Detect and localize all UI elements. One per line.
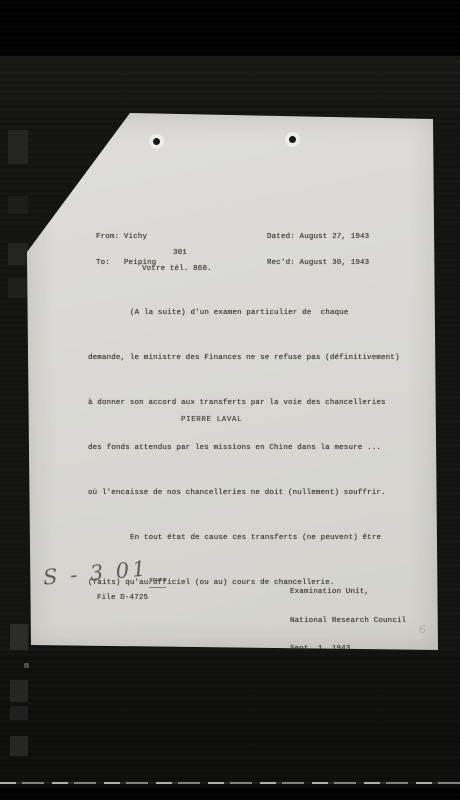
film-edge-mark [8,243,28,265]
dated-line: Dated: August 27, 1943 [267,233,369,242]
file-number: File D-4725 [97,591,148,606]
body-line: En tout état de cause ces transferts (ne… [88,531,418,546]
body-line: demande, le ministre des Finances ne se … [88,351,418,366]
signature: PIERRE LAVAL [181,413,242,428]
examination-unit-block: Examination Unit, National Research Coun… [290,569,406,674]
body-line: des fonds attendus par les missions en C… [88,441,418,456]
typed-insertion: cours [149,572,166,588]
received-line: Rec'd: August 30, 1943 [267,259,369,268]
reference-line: Votre tél. 860. [142,262,212,277]
punch-hole-left [149,134,164,149]
punch-hole-right [285,132,300,147]
dates-block: Dated: August 27, 1943 Rec'd: August 30,… [267,216,369,284]
message-number: 301 [173,246,187,261]
film-edge-mark [8,196,28,214]
exam-unit-line: National Research Council [290,617,406,627]
exam-unit-line: Sept. 1, 1943 [290,645,406,655]
film-edge-mark [8,278,28,298]
faint-corner-mark: 6 [418,623,427,637]
exam-unit-line: Examination Unit, [290,588,406,598]
body-line: (A la suite) d'un examen particulier de … [88,306,418,321]
microfilm-scan: From: Vichy To: Peiping Dated: August 27… [0,0,460,800]
film-edge-mark [10,624,28,650]
film-edge-mark [8,130,28,164]
film-edge-mark [10,736,28,756]
film-frame-edge-line [0,782,460,784]
document-page: From: Vichy To: Peiping Dated: August 27… [27,113,438,650]
film-edge-mark [10,706,28,720]
from-line: From: Vichy [96,233,156,242]
body-line: où l'encaisse de nos chancelleries ne do… [88,486,418,501]
body-line: à donner son accord aux transferts par l… [88,396,418,411]
film-edge-speck [24,663,29,668]
film-edge-mark [10,680,28,702]
